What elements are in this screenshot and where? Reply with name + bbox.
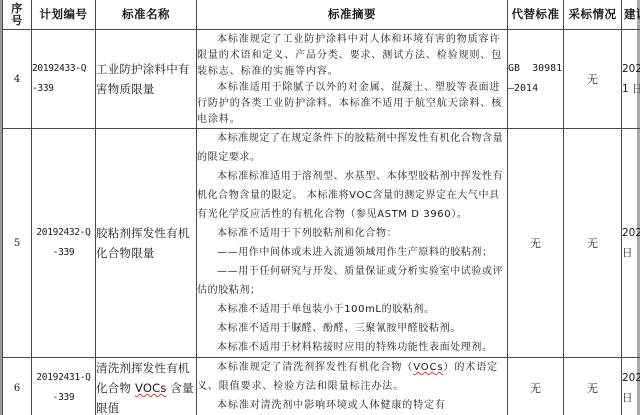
adoption-status: 无 — [564, 30, 622, 129]
plan-no-line: 20192431-Q — [32, 368, 95, 388]
replaces-line: GB 30981 — [508, 59, 563, 79]
header-standard-name: 标准名称 — [96, 0, 197, 30]
header-adoption: 采标情况 — [564, 0, 622, 30]
abstract-paragraph: 本标准对清洗剂中影响环境或人体健康的特定有 — [197, 396, 507, 415]
standards-table: 序 号 计划编号 标准名称 标准摘要 代替标准 采标情况 建议实施日期 4 20… — [2, 0, 640, 415]
plan-no: 20192433-Q -339 — [32, 30, 96, 129]
abstract-paragraph: 本标准不适用于下列胶粘剂和化合物： — [197, 224, 507, 243]
standard-abstract: 本标准规定了在规定条件下的胶粘剂中挥发性有机化合物含量的限定要求。 本标准标准适… — [197, 129, 508, 358]
abstract-paragraph: 本标准标准适用于溶剂型、水基型、本体型胶粘剂中挥发性有机化合物含量的限定。 本标… — [197, 167, 507, 224]
abstract-paragraph: 本标准规定了工业防护涂料中对人体和环境有害的物质容许限量的术语和定义、产品分类、… — [197, 32, 507, 80]
standard-abstract: 本标准规定了工业防护涂料中对人体和环境有害的物质容许限量的术语和定义、产品分类、… — [197, 30, 508, 129]
header-abstract: 标准摘要 — [197, 0, 508, 30]
header-serial-no-line-2: 号 — [3, 15, 31, 27]
table-row: 5 20192432-Q -339 胶粘剂挥发性有机化合物限量 本标准规定了在规… — [3, 129, 640, 358]
implementation-date: 2020年12月1日 — [622, 129, 640, 358]
standard-name: 清洗剂挥发性有机化合物 VOCs 含量限值 — [96, 358, 197, 415]
serial-no: 5 — [3, 129, 32, 358]
abstract-text: 本标准规定了清洗剂挥发性有机化合物（ — [217, 362, 413, 373]
abstract-paragraph: 本标准规定了清洗剂挥发性有机化合物（VOCs）的术语定义、限值要求、检验方法和限… — [197, 358, 507, 396]
plan-no-line: -339 — [32, 388, 95, 408]
serial-no: 6 — [3, 358, 32, 415]
serial-no: 4 — [3, 30, 32, 129]
standard-abstract: 本标准规定了清洗剂挥发性有机化合物（VOCs）的术语定义、限值要求、检验方法和限… — [197, 358, 508, 415]
abstract-paragraph: 本标准不适用于材料粘接时应用的特殊功能性表面处理剂。 — [197, 338, 507, 357]
adoption-status: 无 — [564, 129, 622, 358]
abstract-paragraph: 本标准规定了在规定条件下的胶粘剂中挥发性有机化合物含量的限定要求。 — [197, 129, 507, 167]
standard-name: 工业防护涂料中有害物质限量 — [96, 30, 197, 129]
header-serial-no: 序 号 — [3, 0, 32, 30]
abstract-paragraph: 本标准不适用于脲醛、酚醛、三聚氰胺甲醛胶粘剂。 — [197, 319, 507, 338]
plan-no: 20192432-Q -339 — [32, 129, 96, 358]
header-date: 建议实施日期 — [622, 0, 640, 30]
spellcheck-flagged-text: VOCs — [413, 362, 443, 373]
replaces-standard: GB 30981 —2014 — [508, 30, 564, 129]
spellcheck-flagged-text: VOCs — [135, 381, 167, 395]
adoption-status: 无 — [564, 358, 622, 415]
replaces-standard: 无 — [508, 358, 564, 415]
plan-no-line: -339 — [32, 243, 95, 263]
plan-no-line: 20192432-Q — [32, 223, 95, 243]
table-row: 6 20192431-Q -339 清洗剂挥发性有机化合物 VOCs 含量限值 … — [3, 358, 640, 415]
plan-no-line: -339 — [32, 79, 95, 99]
plan-no: 20192431-Q -339 — [32, 358, 96, 415]
implementation-date: 2020 年 12 月 1 日 — [622, 30, 640, 129]
header-plan-no: 计划编号 — [32, 0, 96, 30]
abstract-paragraph: 本标准不适用于单包装小于100mL的胶粘剂。 — [197, 300, 507, 319]
replaces-standard: 无 — [508, 129, 564, 358]
table-row: 4 20192433-Q -339 工业防护涂料中有害物质限量 本标准规定了工业… — [3, 30, 640, 129]
implementation-date: 2020年12月1日 — [622, 358, 640, 415]
header-replaces: 代替标准 — [508, 0, 564, 30]
abstract-paragraph: ——用作中间体或未进入流通领域用作生产原料的胶粘剂； — [197, 243, 507, 262]
standard-name: 胶粘剂挥发性有机化合物限量 — [96, 129, 197, 358]
plan-no-line: 20192433-Q — [32, 59, 95, 79]
replaces-line: —2014 — [508, 79, 563, 99]
header-row: 序 号 计划编号 标准名称 标准摘要 代替标准 采标情况 建议实施日期 — [3, 0, 640, 30]
abstract-paragraph: 本标准适用于除腻子以外的对金属、混凝土、塑胶等表面进行防护的各类工业防护涂料。本… — [197, 80, 507, 128]
header-serial-no-line-1: 序 — [3, 3, 31, 15]
abstract-paragraph: ——用于任何研究与开发、质量保证或分析实验室中试验或评估的胶粘剂； — [197, 262, 507, 300]
